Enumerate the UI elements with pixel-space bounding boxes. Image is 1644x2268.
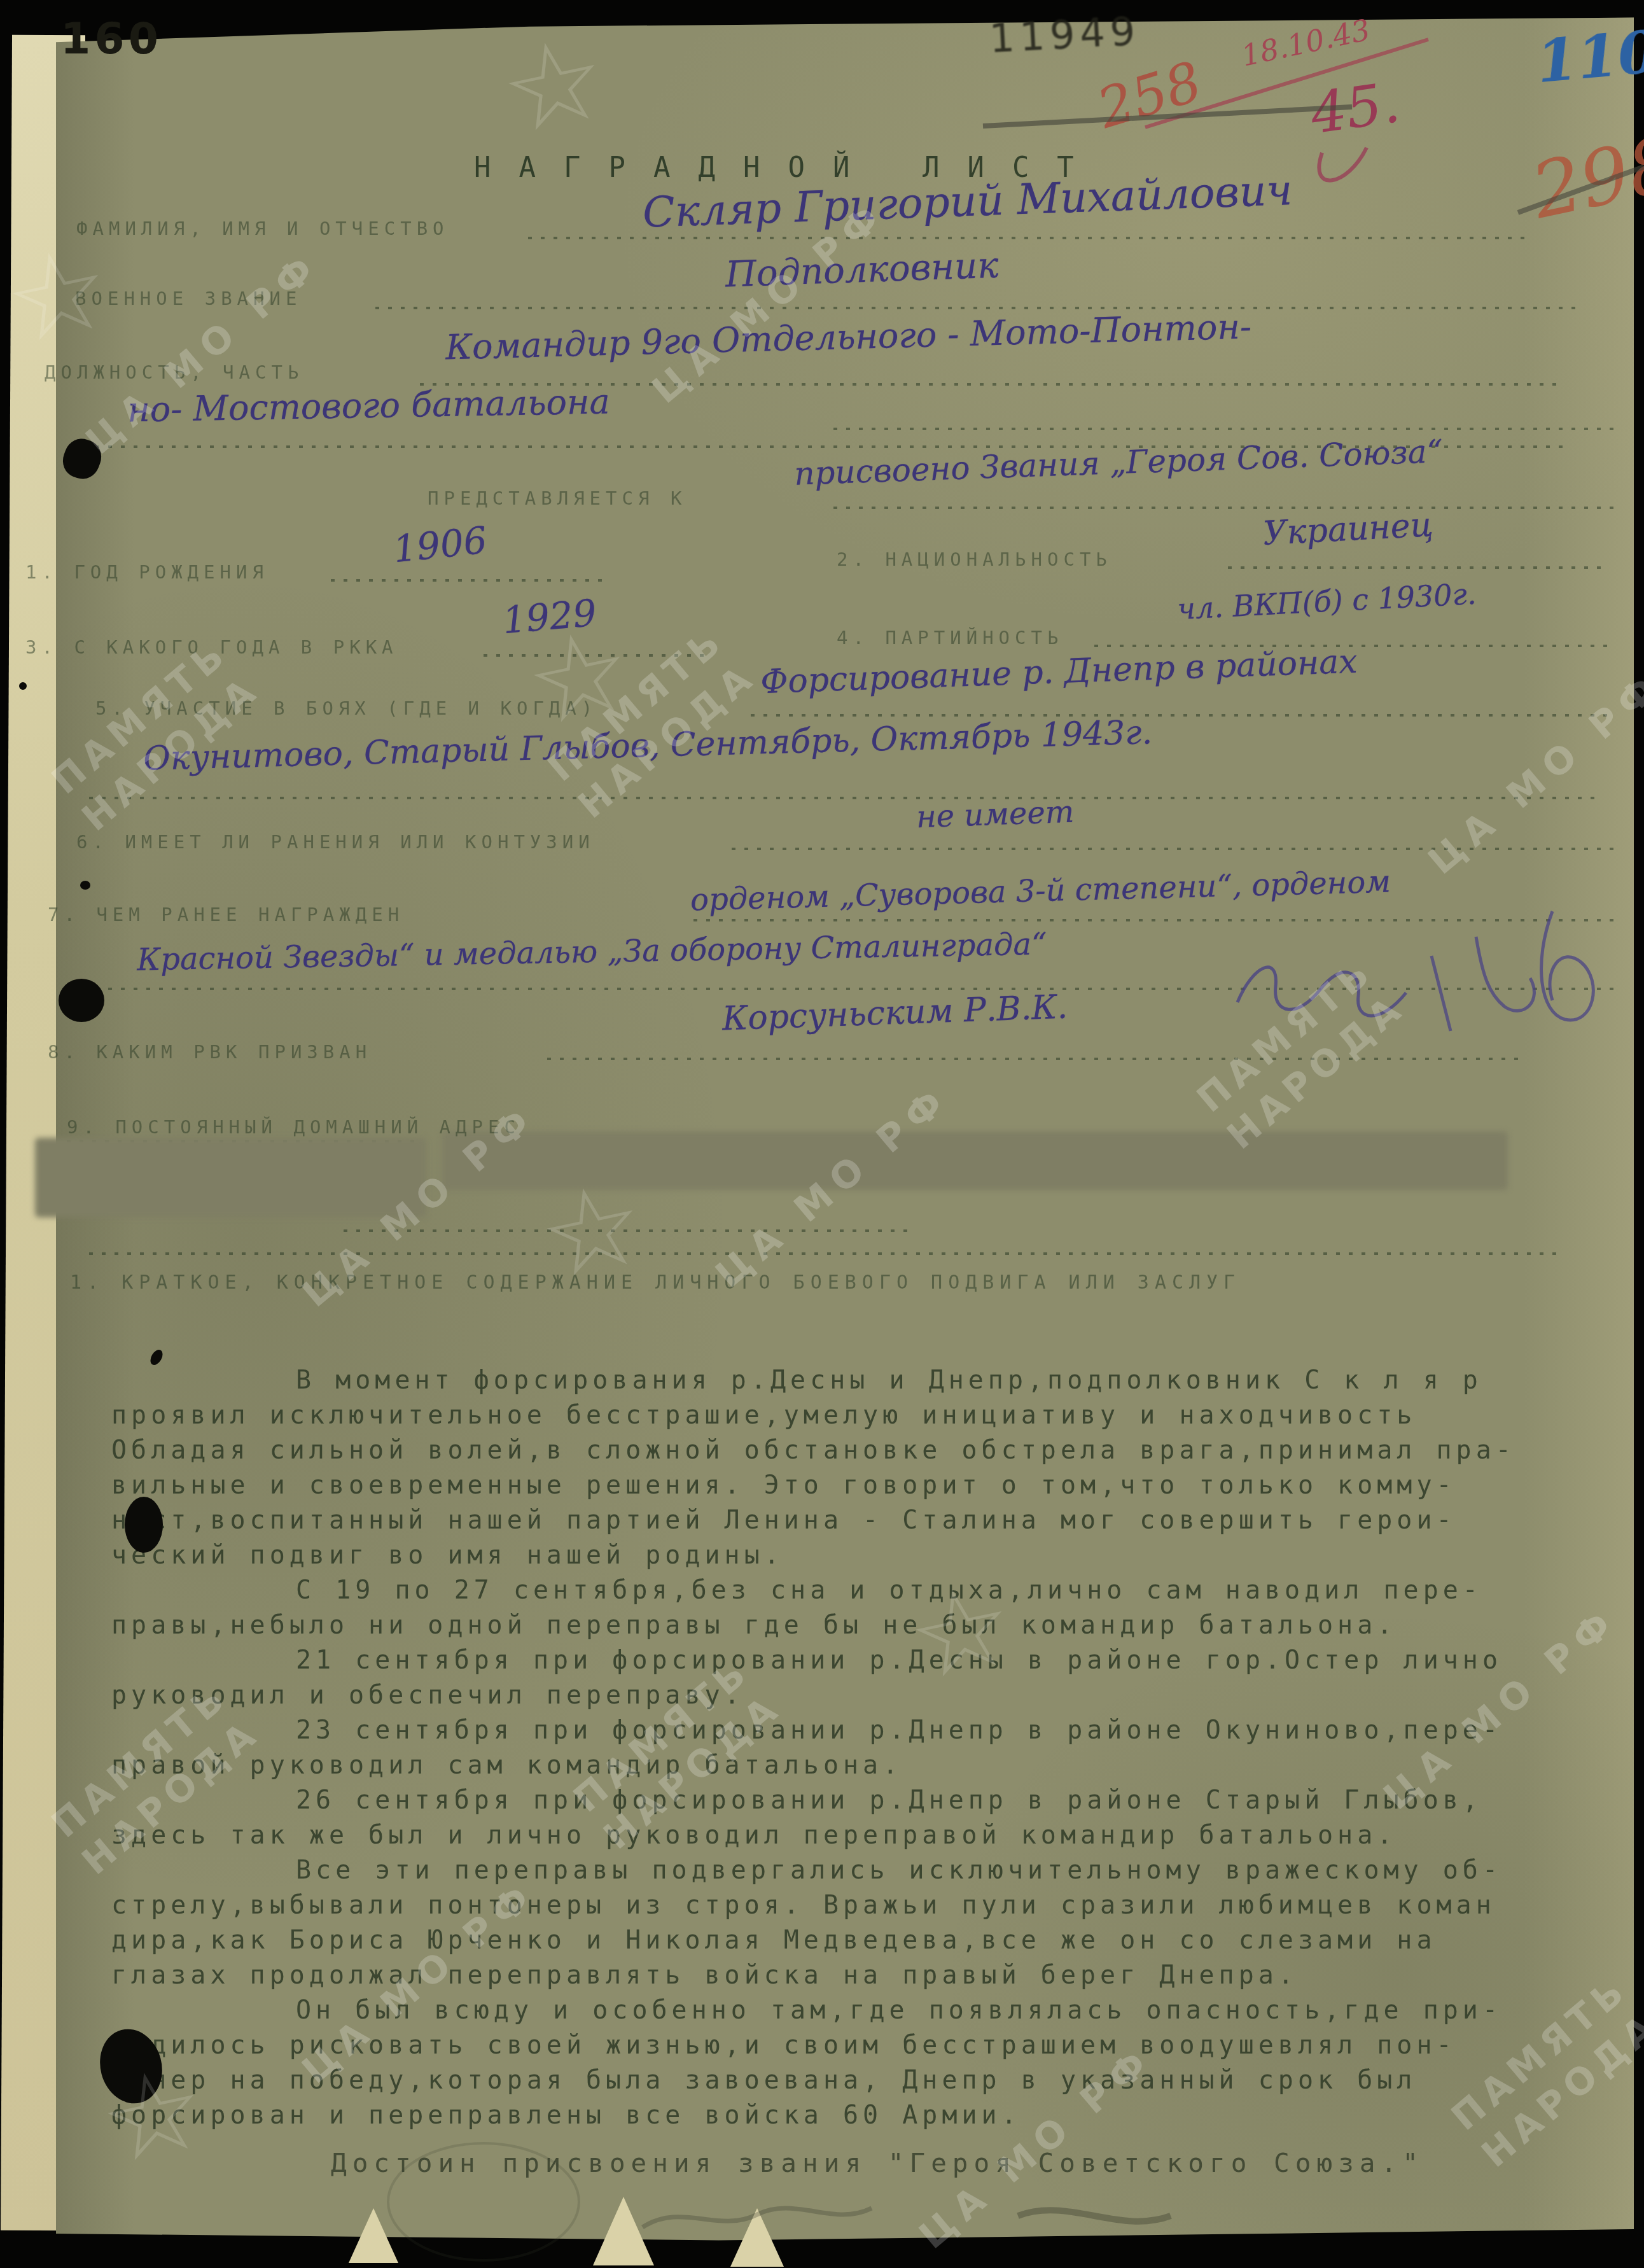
- punch-hole: [125, 1497, 163, 1553]
- paper-speck: [19, 682, 27, 690]
- punch-hole: [59, 979, 104, 1022]
- scanned-award-sheet: 160 11949 18.10.43 110 258 45. 298 НАГРА…: [0, 0, 1644, 2268]
- paper-speck: [80, 881, 90, 890]
